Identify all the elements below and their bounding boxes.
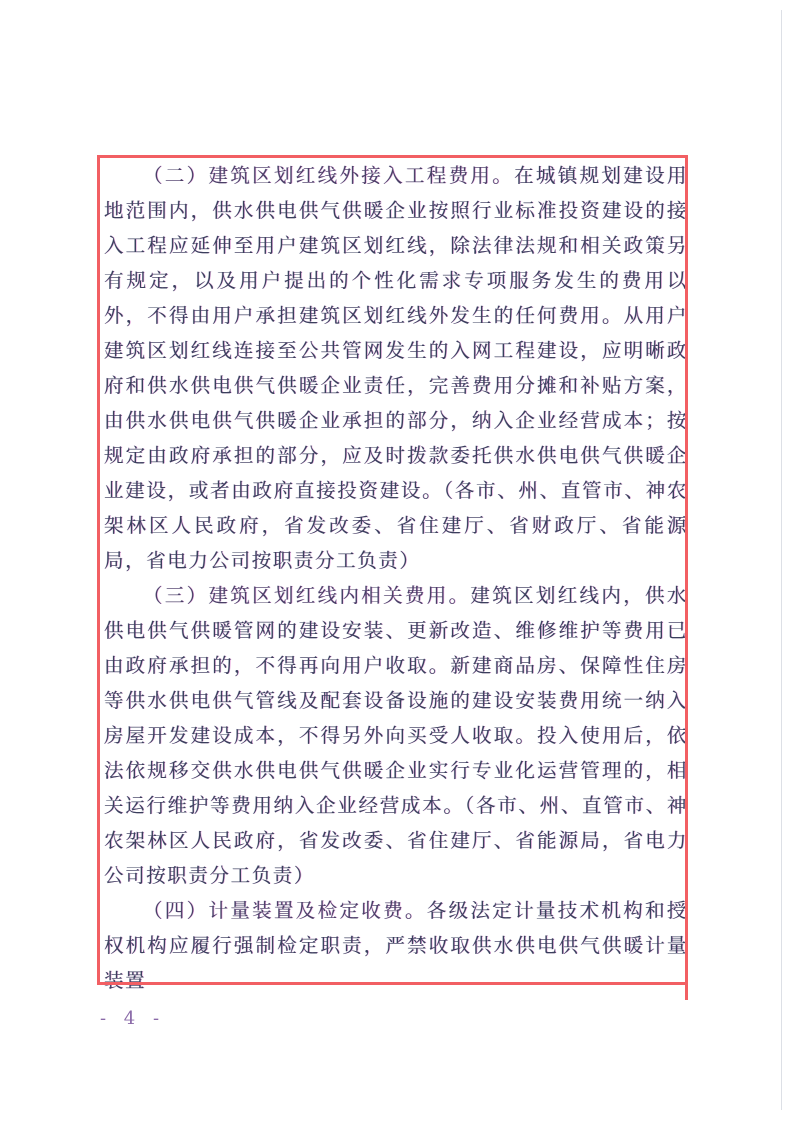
paragraph-4: （四）计量装置及检定收费。各级法定计量技术机构和授权机构应履行强制检定职责，严禁… xyxy=(104,893,688,998)
document-body: （二）建筑区划红线外接入工程费用。在城镇规划建设用地范围内，供水供电供气供暖企业… xyxy=(104,158,688,998)
paragraph-3: （三）建筑区划红线内相关费用。建筑区划红线内，供水供电供气供暖管网的建设安装、更… xyxy=(104,578,688,893)
paragraph-heading: （四）计量装置及检定收费。 xyxy=(143,899,427,922)
paragraph-heading: （二）建筑区划红线外接入工程费用。 xyxy=(143,164,514,187)
page-number: - 4 - xyxy=(100,1008,165,1029)
paragraph-heading: （三）建筑区划红线内相关费用。 xyxy=(143,584,470,607)
paragraph-text: 建筑区划红线内，供水供电供气供暖管网的建设安装、更新改造、维修维护等费用已由政府… xyxy=(104,584,688,887)
paragraph-2: （二）建筑区划红线外接入工程费用。在城镇规划建设用地范围内，供水供电供气供暖企业… xyxy=(104,158,688,578)
annotation-box-tail xyxy=(685,985,688,1000)
paragraph-text: 在城镇规划建设用地范围内，供水供电供气供暖企业按照行业标准投资建设的接入工程应延… xyxy=(104,164,688,572)
scan-edge-line xyxy=(781,10,782,1110)
